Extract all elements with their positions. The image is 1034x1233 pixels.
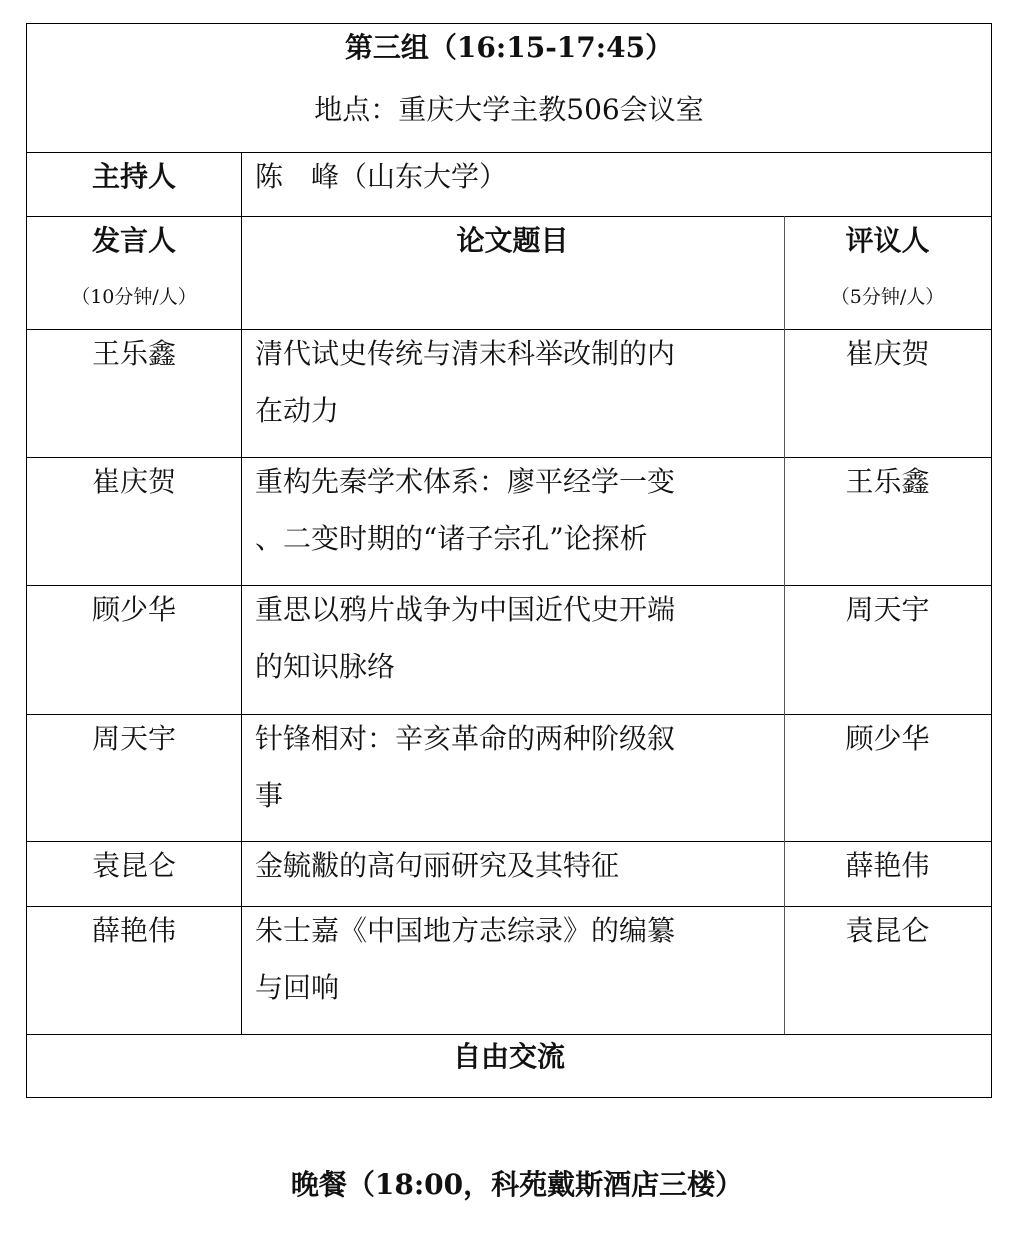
paper-cell: 金毓黻的高句丽研究及其特征 <box>241 841 784 891</box>
paper-cell: 针锋相对：辛亥革命的两种阶级叙 事 <box>241 714 784 828</box>
speaker-header: 发言人 （10分钟/人） <box>27 216 241 329</box>
speaker-header-label: 发言人 <box>27 216 241 266</box>
dinner-note: 晚餐（18:00，科苑戴斯酒店三楼） <box>0 1163 1034 1203</box>
speaker-cell: 薛艳伟 <box>27 906 241 956</box>
speaker-cell: 王乐鑫 <box>27 329 241 379</box>
paper-cell: 重思以鸦片战争为中国近代史开端 的知识脉络 <box>241 585 784 699</box>
paper-title-line: 的知识脉络 <box>255 635 776 699</box>
session-location: 地点：重庆大学主教506会议室 <box>27 90 991 130</box>
commentator-header: 评议人 （5分钟/人） <box>784 216 991 329</box>
free-discussion: 自由交流 <box>27 1034 991 1074</box>
commentator-cell: 王乐鑫 <box>784 457 991 507</box>
paper-header: 论文题目 <box>241 216 784 329</box>
commentator-header-label: 评议人 <box>784 216 991 266</box>
speaker-cell: 袁昆仑 <box>27 841 241 891</box>
session-title: 第三组（16:15-17:45） <box>27 28 991 68</box>
speaker-time-note: （10分钟/人） <box>27 266 241 328</box>
commentator-cell: 周天宇 <box>784 585 991 635</box>
commentator-cell: 崔庆贺 <box>784 329 991 379</box>
paper-title-line: 重思以鸦片战争为中国近代史开端 <box>255 585 776 635</box>
commentator-cell: 袁昆仑 <box>784 906 991 956</box>
paper-title-line: 、二变时期的“诸子宗孔”论探析 <box>255 507 776 571</box>
paper-title-line: 重构先秦学术体系：廖平经学一变 <box>255 457 776 507</box>
commentator-cell: 薛艳伟 <box>784 841 991 891</box>
host-value: 陈 峰（山东大学） <box>241 152 991 216</box>
paper-title-line: 朱士嘉《中国地方志综录》的编纂 <box>255 906 776 956</box>
speaker-cell: 顾少华 <box>27 585 241 635</box>
session-schedule-table: 第三组（16:15-17:45） 地点：重庆大学主教506会议室 主持人 陈 峰… <box>26 23 992 1098</box>
paper-cell: 重构先秦学术体系：廖平经学一变 、二变时期的“诸子宗孔”论探析 <box>241 457 784 571</box>
paper-header-label: 论文题目 <box>241 216 784 266</box>
commentator-time-note: （5分钟/人） <box>784 266 991 328</box>
paper-title-line: 针锋相对：辛亥革命的两种阶级叙 <box>255 714 776 764</box>
host-label: 主持人 <box>27 152 241 216</box>
paper-title-line: 金毓黻的高句丽研究及其特征 <box>255 841 776 891</box>
paper-title-line: 与回响 <box>255 956 776 1020</box>
paper-cell: 朱士嘉《中国地方志综录》的编纂 与回响 <box>241 906 784 1020</box>
paper-cell: 清代试史传统与清末科举改制的内 在动力 <box>241 329 784 443</box>
paper-title-line: 事 <box>255 764 776 828</box>
paper-title-line: 在动力 <box>255 379 776 443</box>
speaker-cell: 周天宇 <box>27 714 241 764</box>
commentator-cell: 顾少华 <box>784 714 991 764</box>
paper-title-line: 清代试史传统与清末科举改制的内 <box>255 329 776 379</box>
speaker-cell: 崔庆贺 <box>27 457 241 507</box>
